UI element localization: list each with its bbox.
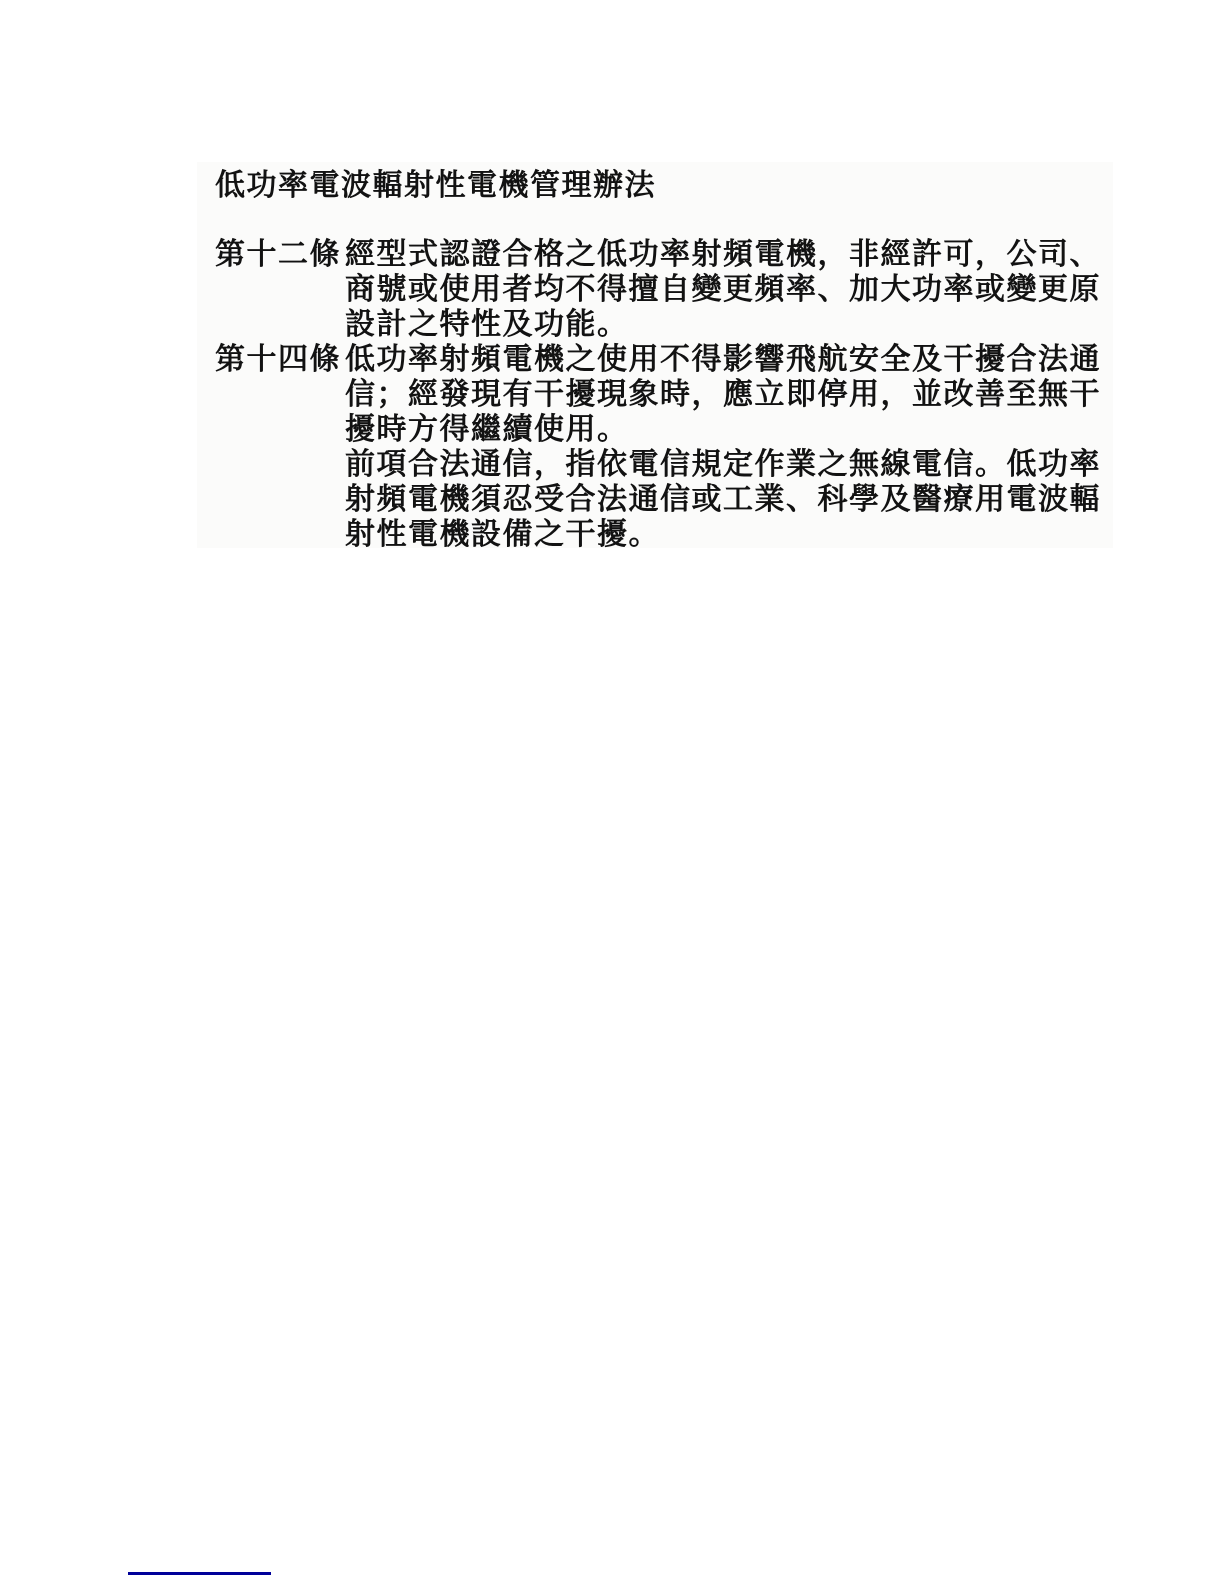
article-12-line: 設計之特性及功能。 [345,307,1113,342]
article-14-line: 射頻電機須忍受合法通信或工業、科學及醫療用電波輻 [345,482,1113,517]
article-12-label: 第十二條 [215,237,345,272]
article-14-line: 信；經發現有干擾現象時，應立即停用，並改善至無干 [345,377,1113,412]
article-14-label: 第十四條 [215,342,345,377]
article-12-body: 經型式認證合格之低功率射頻電機，非經許可，公司、 商號或使用者均不得擅自變更頻率… [345,237,1113,342]
article-12-line: 商號或使用者均不得擅自變更頻率、加大功率或變更原 [345,272,1113,307]
article-12-line: 經型式認證合格之低功率射頻電機，非經許可，公司、 [345,237,1113,272]
scanned-regulation-image: 低功率電波輻射性電機管理辦法 第十二條 經型式認證合格之低功率射頻電機，非經許可… [197,162,1113,548]
article-14-body: 低功率射頻電機之使用不得影響飛航安全及干擾合法通 信；經發現有干擾現象時，應立即… [345,342,1113,552]
article-14-line: 前項合法通信，指依電信規定作業之無線電信。低功率 [345,447,1113,482]
document-page: 低功率電波輻射性電機管理辦法 第十二條 經型式認證合格之低功率射頻電機，非經許可… [0,0,1224,1584]
article-12: 第十二條 經型式認證合格之低功率射頻電機，非經許可，公司、 商號或使用者均不得擅… [215,237,1113,342]
partial-link-underline [128,1572,271,1575]
article-14: 第十四條 低功率射頻電機之使用不得影響飛航安全及干擾合法通 信；經發現有干擾現象… [215,342,1113,552]
article-14-line: 射性電機設備之干擾。 [345,517,1113,552]
regulation-title: 低功率電波輻射性電機管理辦法 [215,168,1113,204]
article-14-line: 低功率射頻電機之使用不得影響飛航安全及干擾合法通 [345,342,1113,377]
article-14-line: 擾時方得繼續使用。 [345,412,1113,447]
